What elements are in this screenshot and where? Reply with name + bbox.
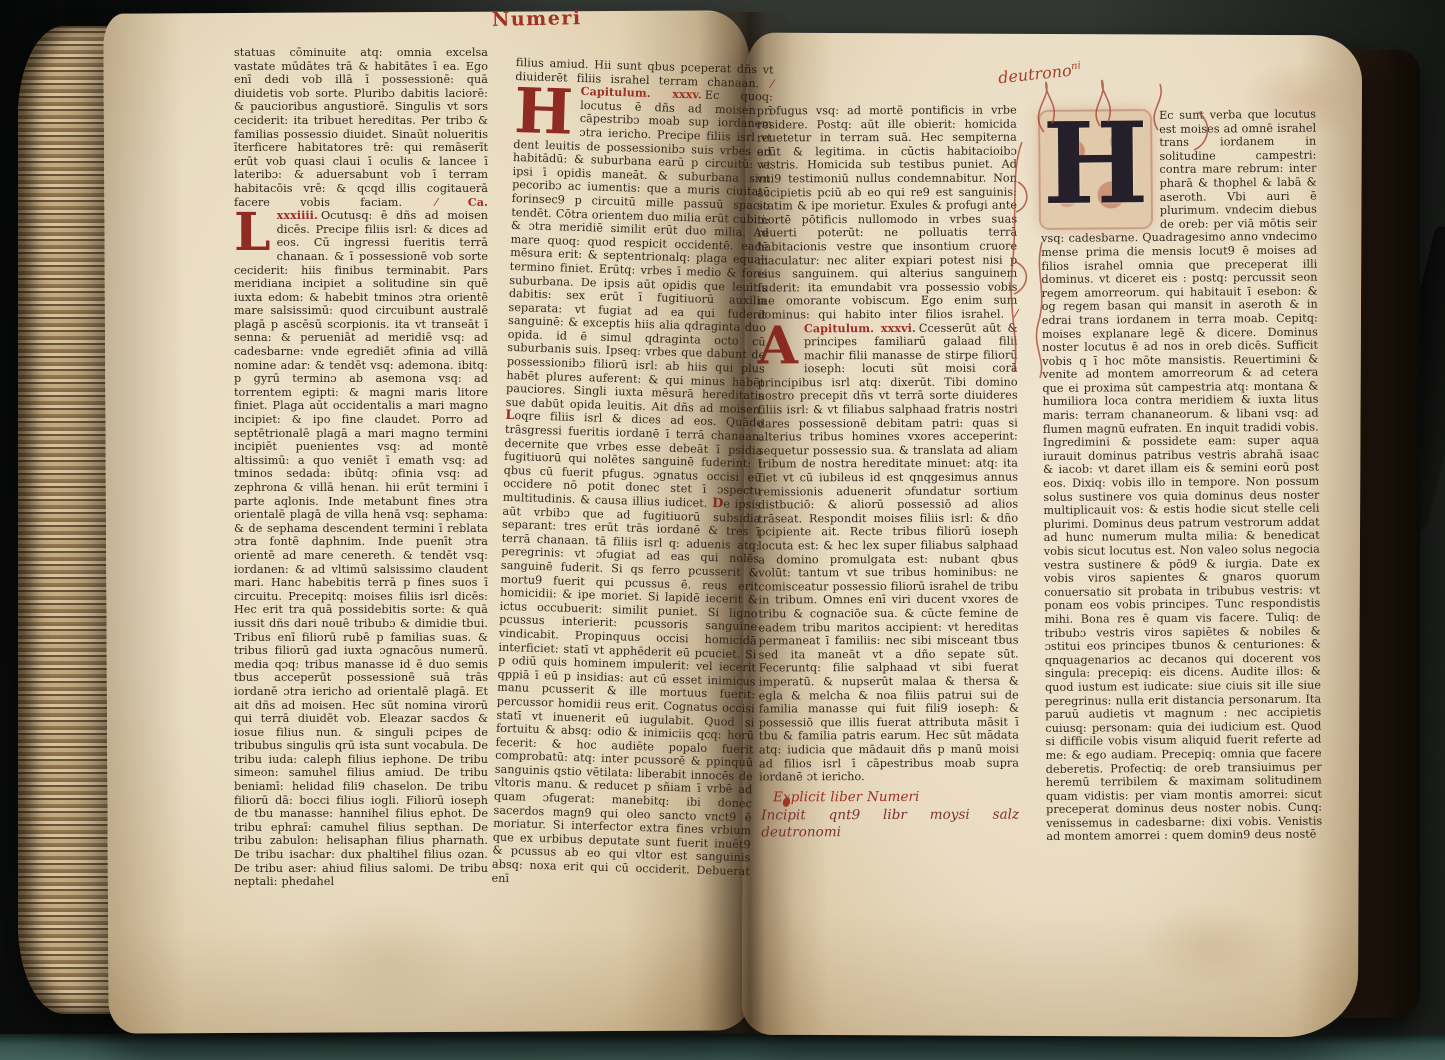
body-text: Ec quoq: locutus ē dñs ad moisen ī cāpes… — [506, 89, 774, 417]
red-capital: D — [712, 496, 724, 511]
right-page-column-2: HEc sunt verba que locutus est moises ad… — [1040, 108, 1322, 844]
manuscript-explicit: Explicit liber Numeri — [773, 788, 1019, 806]
left-page-column-2: filius amiud. Hii sunt qbus pceperat dñs… — [491, 56, 773, 893]
left-page-column-1: statuas cōminuite atq: omnia excelsa vas… — [234, 46, 488, 889]
ornamental-initial: H — [1040, 111, 1151, 228]
manuscript-incipit: Incipit qnt9 libr moysi salz deutronomi — [761, 806, 1019, 841]
photo-of-open-incunable: Numeri statuas cōminuite atq: omnia exce… — [0, 0, 1445, 1060]
drop-cap: H — [514, 83, 581, 138]
body-text: Ocutusq: ē dñs ad moisen dicēs. Precipe … — [234, 209, 488, 888]
running-head-numeri: Numeri — [492, 7, 582, 31]
body-text: profugus vsq: ad mortē pontificis in vrb… — [757, 104, 1018, 322]
drop-cap: A — [757, 322, 804, 367]
body-text: Ccesserūt aūt & principes familiarū gala… — [758, 321, 1019, 783]
body-text: e ipsis aūt vrbibɔ que ad fugitiuorū sub… — [491, 497, 761, 884]
body-text: statuas cōminuite atq: omnia excelsa vas… — [234, 46, 488, 209]
table-edge — [0, 1034, 1445, 1060]
body-text: oqre filiis isrl & dices ad eos. Quādo t… — [503, 410, 764, 510]
right-page-column-1: profugus vsq: ad mortē pontificis in vrb… — [757, 104, 1020, 842]
margin-note-superscript: ni — [1071, 60, 1082, 72]
drop-cap: L — [234, 209, 277, 254]
